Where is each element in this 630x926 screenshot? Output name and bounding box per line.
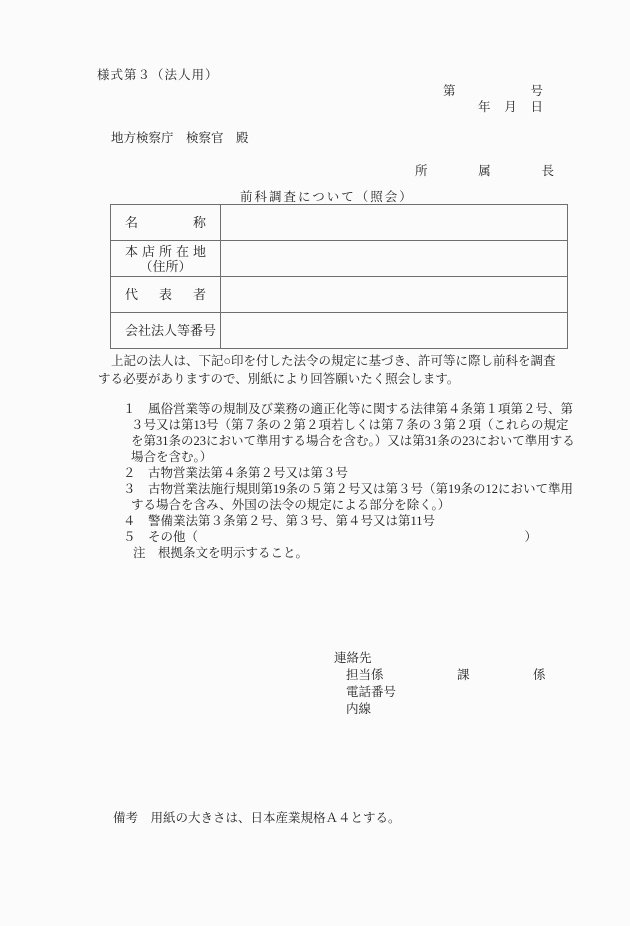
table-row-corporate-number: 会社法人等番号 bbox=[111, 312, 567, 348]
contact-staff-line: 担当係 課 係 bbox=[334, 667, 549, 684]
doc-number-prefix: 第 bbox=[443, 81, 456, 99]
sender-char-sho: 所 bbox=[415, 161, 428, 179]
form-code: 様式第３（法人用） bbox=[97, 65, 219, 83]
address-value-cell bbox=[221, 241, 567, 276]
contact-phone-label: 電話番号 bbox=[334, 684, 549, 701]
row-label-corporate-number: 会社法人等番号 bbox=[111, 313, 221, 348]
list-item-4: ４ 警備業法第３条第２号、第３号、第４号又は第11号 bbox=[123, 513, 537, 529]
date-line: 年 月 日 bbox=[478, 97, 543, 115]
date-month-label: 月 bbox=[504, 97, 517, 115]
table-row-name: 名称 bbox=[111, 205, 567, 240]
list-item-1-line-2: ３号又は第13号（第７条の２第２項若しくは第７条の３第２項（これらの規定 bbox=[123, 417, 537, 433]
row-label-name: 名称 bbox=[111, 205, 221, 240]
sender-title-line: 所 属 長 bbox=[415, 161, 554, 179]
list-item-1-line-4: 場合を含む。） bbox=[123, 449, 537, 465]
contact-division-label: 課 bbox=[457, 667, 470, 684]
contact-heading: 連絡先 bbox=[334, 650, 549, 667]
remarks-note: 備考 用紙の大きさは、日本産業規格Ａ４とする。 bbox=[113, 808, 401, 826]
date-day-label: 日 bbox=[530, 97, 543, 115]
body-line-2: する必要がありますので、別紙により回答願いたく照会します。 bbox=[98, 371, 580, 389]
addressee-line: 地方検察庁 検察官 殿 bbox=[111, 128, 249, 146]
list-item-5-open: ５ その他（ bbox=[123, 529, 198, 545]
body-paragraph: 上記の法人は、下記○印を付した法令の規定に基づき、許可等に際し前科を調査 する必… bbox=[98, 353, 580, 388]
row-label-address: 本店所在地 （住所） bbox=[111, 241, 221, 276]
table-row-representative: 代表者 bbox=[111, 276, 567, 312]
list-note: 注 根拠条文を明示すること。 bbox=[123, 545, 537, 561]
contact-block: 連絡先 担当係 課 係 電話番号 内線 bbox=[334, 650, 549, 718]
sender-char-cho: 長 bbox=[541, 161, 554, 179]
list-item-1-line-1: １ 風俗営業等の規制及び業務の適正化等に関する法律第４条第１項第２号、第 bbox=[123, 401, 537, 417]
contact-staff-label: 担当係 bbox=[346, 667, 384, 684]
list-item-5: ５ その他（ ） bbox=[123, 529, 537, 545]
list-item-3-line-2: する場合を含み、外国の法令の規定による部分を除く。） bbox=[123, 497, 537, 513]
sender-char-zoku: 属 bbox=[478, 161, 491, 179]
row-label-address-sub: （住所） bbox=[125, 259, 206, 274]
list-item-5-close-paren: ） bbox=[524, 529, 537, 545]
row-label-representative: 代表者 bbox=[111, 277, 221, 312]
corporation-info-table: 名称 本店所在地 （住所） 代表者 会社法人等番号 bbox=[110, 204, 568, 349]
law-provision-list: １ 風俗営業等の規制及び業務の適正化等に関する法律第４条第１項第２号、第 ３号又… bbox=[123, 401, 537, 561]
corporate-number-value-cell bbox=[221, 313, 567, 348]
list-item-3-line-1: ３ 古物営業法施行規則第19条の５第２号又は第３号（第19条の12において準用 bbox=[123, 481, 537, 497]
table-row-address: 本店所在地 （住所） bbox=[111, 240, 567, 276]
list-item-2: ２ 古物営業法第４条第２号又は第３号 bbox=[123, 465, 537, 481]
contact-extension-label: 内線 bbox=[334, 701, 549, 718]
representative-value-cell bbox=[221, 277, 567, 312]
name-value-cell bbox=[221, 205, 567, 240]
date-year-label: 年 bbox=[478, 97, 491, 115]
list-item-1-line-3: を第31条の23において準用する場合を含む。）又は第31条の23において準用する bbox=[123, 433, 537, 449]
body-line-1: 上記の法人は、下記○印を付した法令の規定に基づき、許可等に際し前科を調査 bbox=[98, 353, 580, 371]
inquiry-form-page: 様式第３（法人用） 第 号 年 月 日 地方検察庁 検察官 殿 所 属 長 前科… bbox=[0, 0, 630, 926]
document-title: 前科調査について（照会） bbox=[240, 187, 414, 205]
contact-unit-label: 係 bbox=[533, 667, 546, 684]
